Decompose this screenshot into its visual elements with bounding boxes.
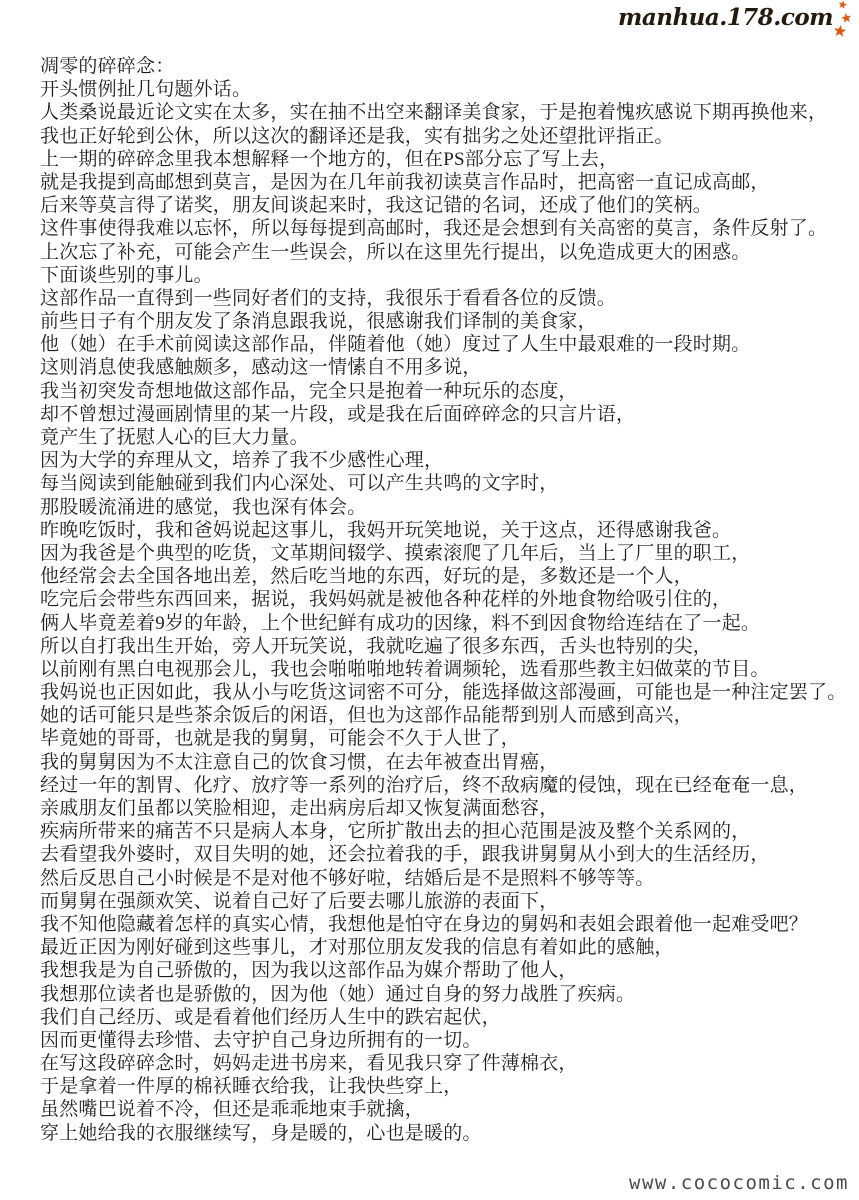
text-line: 就是我提到高邮想到莫言，是因为在几年前我初读莫言作品时，把高密一直记成高邮， [40, 171, 853, 194]
text-line: 吃完后会带些东西回来，据说，我妈妈就是被他各种花样的外地食物给吸引住的， [40, 588, 853, 611]
text-line: 前些日子有个朋友发了条消息跟我说，很感谢我们译制的美食家， [40, 310, 853, 333]
text-line: 于是拿着一件厚的棉袄睡衣给我，让我快些穿上， [40, 1075, 853, 1098]
text-line: 开头惯例扯几句题外话。 [40, 78, 853, 101]
text-line: 竟产生了抚慰人心的巨大力量。 [40, 426, 853, 449]
text-line: 去看望我外婆时，双目失明的她，还会拉着我的手，跟我讲舅舅从小到大的生活经历， [40, 843, 853, 866]
text-line: 这件事使得我难以忘怀，所以每每提到高邮时，我还是会想到有关高密的莫言，条件反射了… [40, 217, 853, 240]
text-line: 亲戚朋友们虽都以笑脸相迎，走出病房后却又恢复满面愁容， [40, 797, 853, 820]
text-line: 凋零的碎碎念： [40, 55, 853, 78]
text-line: 后来等莫言得了诺奖，朋友间谈起来时，我这记错的名词，还成了他们的笑柄。 [40, 194, 853, 217]
star-icon-large: ★ [832, 24, 847, 41]
text-line: 而舅舅在强颜欢笑、说着自己好了后要去哪儿旅游的表面下， [40, 890, 853, 913]
text-line: 以前刚有黑白电视那会儿，我也会啪啪啪地转着调频轮，选看那些教主妇做菜的节目。 [40, 658, 853, 681]
text-line: 我也正好轮到公休，所以这次的翻译还是我，实有拙劣之处还望批评指正。 [40, 125, 853, 148]
text-line: 上次忘了补充，可能会产生一些误会，所以在这里先行提出，以免造成更大的困惑。 [40, 241, 853, 264]
footer-site-url: www.cococomic.com [629, 1172, 849, 1194]
text-line: 我妈说也正因如此，我从小与吃货这词密不可分，能选择做这部漫画，可能也是一种注定罢… [40, 681, 853, 704]
text-line: 他经常会去全国各地出差，然后吃当地的东西，好玩的是，多数还是一个人， [40, 565, 853, 588]
text-line: 上一期的碎碎念里我本想解释一个地方的，但在PS部分忘了写上去， [40, 148, 853, 171]
text-line: 每当阅读到能触碰到我们内心深处、可以产生共鸣的文字时， [40, 472, 853, 495]
text-line: 昨晚吃饭时，我和爸妈说起这事儿，我妈开玩笑地说，关于这点，还得感谢我爸。 [40, 519, 853, 542]
text-line: 毕竟她的哥哥，也就是我的舅舅，可能会不久于人世了， [40, 727, 853, 750]
text-line: 人类桑说最近论文实在太多，实在抽不出空来翻译美食家，于是抱着愧疚感说下期再换他来… [40, 101, 853, 124]
text-line: 最近正因为刚好碰到这些事儿，才对那位朋友发我的信息有着如此的感触， [40, 936, 853, 959]
text-line: 因而更懂得去珍惜、去守护自己身边所拥有的一切。 [40, 1029, 853, 1052]
translator-notes-text: 凋零的碎碎念：开头惯例扯几句题外话。人类桑说最近论文实在太多，实在抽不出空来翻译… [40, 55, 853, 1145]
text-line: 我们自己经历、或是看着他们经历人生中的跌宕起伏， [40, 1006, 853, 1029]
text-line: 穿上她给我的衣服继续写，身是暖的，心也是暖的。 [40, 1122, 853, 1145]
text-line: 那股暖流涌进的感觉，我也深有体会。 [40, 496, 853, 519]
text-line: 在写这段碎碎念时，妈妈走进书房来，看见我只穿了件薄棉衣， [40, 1052, 853, 1075]
text-line: 俩人毕竟差着9岁的年龄，上个世纪鲜有成功的因缘，料不到因食物给连结在了一起。 [40, 612, 853, 635]
text-line: 所以自打我出生开始，旁人开玩笑说，我就吃遍了很多东西，舌头也特别的尖， [40, 635, 853, 658]
text-line: 她的话可能只是些茶余饭后的闲语，但也为这部作品能帮到别人而感到高兴， [40, 704, 853, 727]
text-line: 我的舅舅因为不太注意自己的饮食习惯，在去年被查出胃癌， [40, 751, 853, 774]
text-line: 却不曾想过漫画剧情里的某一片段，或是我在后面碎碎念的只言片语， [40, 403, 853, 426]
text-line: 然后反思自己小时候是不是对他不够好啦，结婚后是不是照料不够等等。 [40, 867, 853, 890]
text-line: 我想那位读者也是骄傲的，因为他（她）通过自身的努力战胜了疾病。 [40, 983, 853, 1006]
text-line: 他（她）在手术前阅读这部作品，伴随着他（她）度过了人生中最艰难的一段时期。 [40, 333, 853, 356]
text-line: 因为大学的弃理从文，培养了我不少感性心理， [40, 449, 853, 472]
scan-page: manhua.178.com ★ ★ ★ 凋零的碎碎念：开头惯例扯几句题外话。人… [0, 0, 859, 1200]
text-line: 疾病所带来的痛苦不只是病人本身，它所扩散出去的担心范围是波及整个关系网的， [40, 820, 853, 843]
text-line: 这部作品一直得到一些同好者们的支持，我很乐于看看各位的反馈。 [40, 287, 853, 310]
text-line: 因为我爸是个典型的吃货，文革期间辍学、摸索滚爬了几年后，当上了厂里的职工， [40, 542, 853, 565]
text-line: 我不知他隐藏着怎样的真实心情，我想他是怕守在身边的舅妈和表姐会跟着他一起难受吧？ [40, 913, 853, 936]
text-line: 我想我是为自己骄傲的，因为我以这部作品为媒介帮助了他人， [40, 959, 853, 982]
text-line: 下面谈些别的事儿。 [40, 264, 853, 287]
star-icon-medium: ★ [840, 11, 853, 25]
text-line: 经过一年的割胃、化疗、放疗等一系列的治疗后，终不敌病魔的侵蚀，现在已经奄奄一息， [40, 774, 853, 797]
text-line: 我当初突发奇想地做这部作品，完全只是抱着一种玩乐的态度， [40, 380, 853, 403]
text-line: 虽然嘴巴说着不冷，但还是乖乖地束手就擒， [40, 1098, 853, 1121]
watermark-manhua178: manhua.178.com [618, 4, 833, 31]
text-line: 这则消息使我感触颇多，感动这一情愫自不用多说， [40, 356, 853, 379]
